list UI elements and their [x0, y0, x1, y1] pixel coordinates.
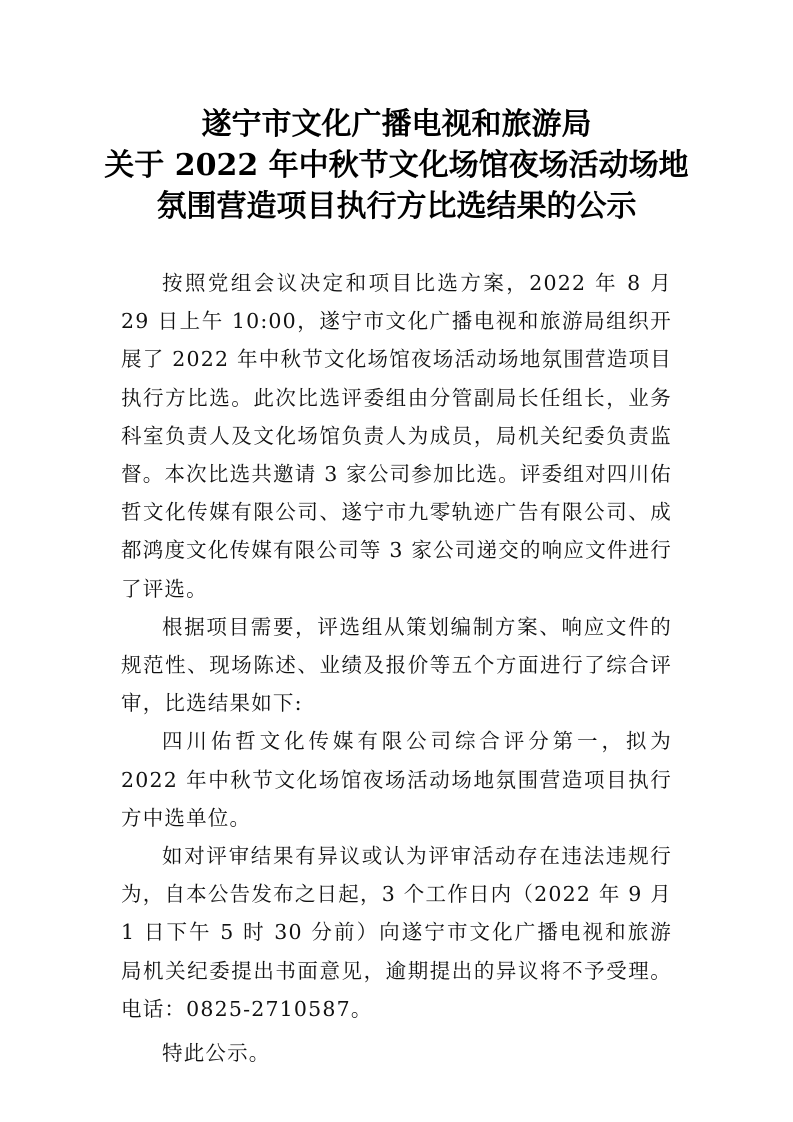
- paragraph-closing: 特此公示。: [121, 1034, 672, 1072]
- title-line-issuer: 遂宁市文化广播电视和旅游局: [0, 104, 793, 145]
- paragraph-background: 按照党组会议决定和项目比选方案，2022 年 8 月 29 日上午 10:00，…: [121, 264, 672, 608]
- title-line-result: 氛围营造项目执行方比选结果的公示: [0, 186, 793, 227]
- document-body: 按照党组会议决定和项目比选方案，2022 年 8 月 29 日上午 10:00，…: [121, 264, 672, 1072]
- document-title: 遂宁市文化广播电视和旅游局 关于 2022 年中秋节文化场馆夜场活动场地 氛围营…: [0, 104, 793, 227]
- document-page: 遂宁市文化广播电视和旅游局 关于 2022 年中秋节文化场馆夜场活动场地 氛围营…: [0, 0, 793, 1122]
- paragraph-evaluation-criteria: 根据项目需要，评选组从策划编制方案、响应文件的规范性、现场陈述、业绩及报价等五个…: [121, 608, 672, 723]
- title-line-subject: 关于 2022 年中秋节文化场馆夜场活动场地: [0, 145, 793, 186]
- paragraph-objection-notice: 如对评审结果有异议或认为评审活动存在违法违规行为，自本公告发布之日起，3 个工作…: [121, 837, 672, 1028]
- paragraph-selection-result: 四川佑哲文化传媒有限公司综合评分第一，拟为 2022 年中秋节文化场馆夜场活动场…: [121, 722, 672, 837]
